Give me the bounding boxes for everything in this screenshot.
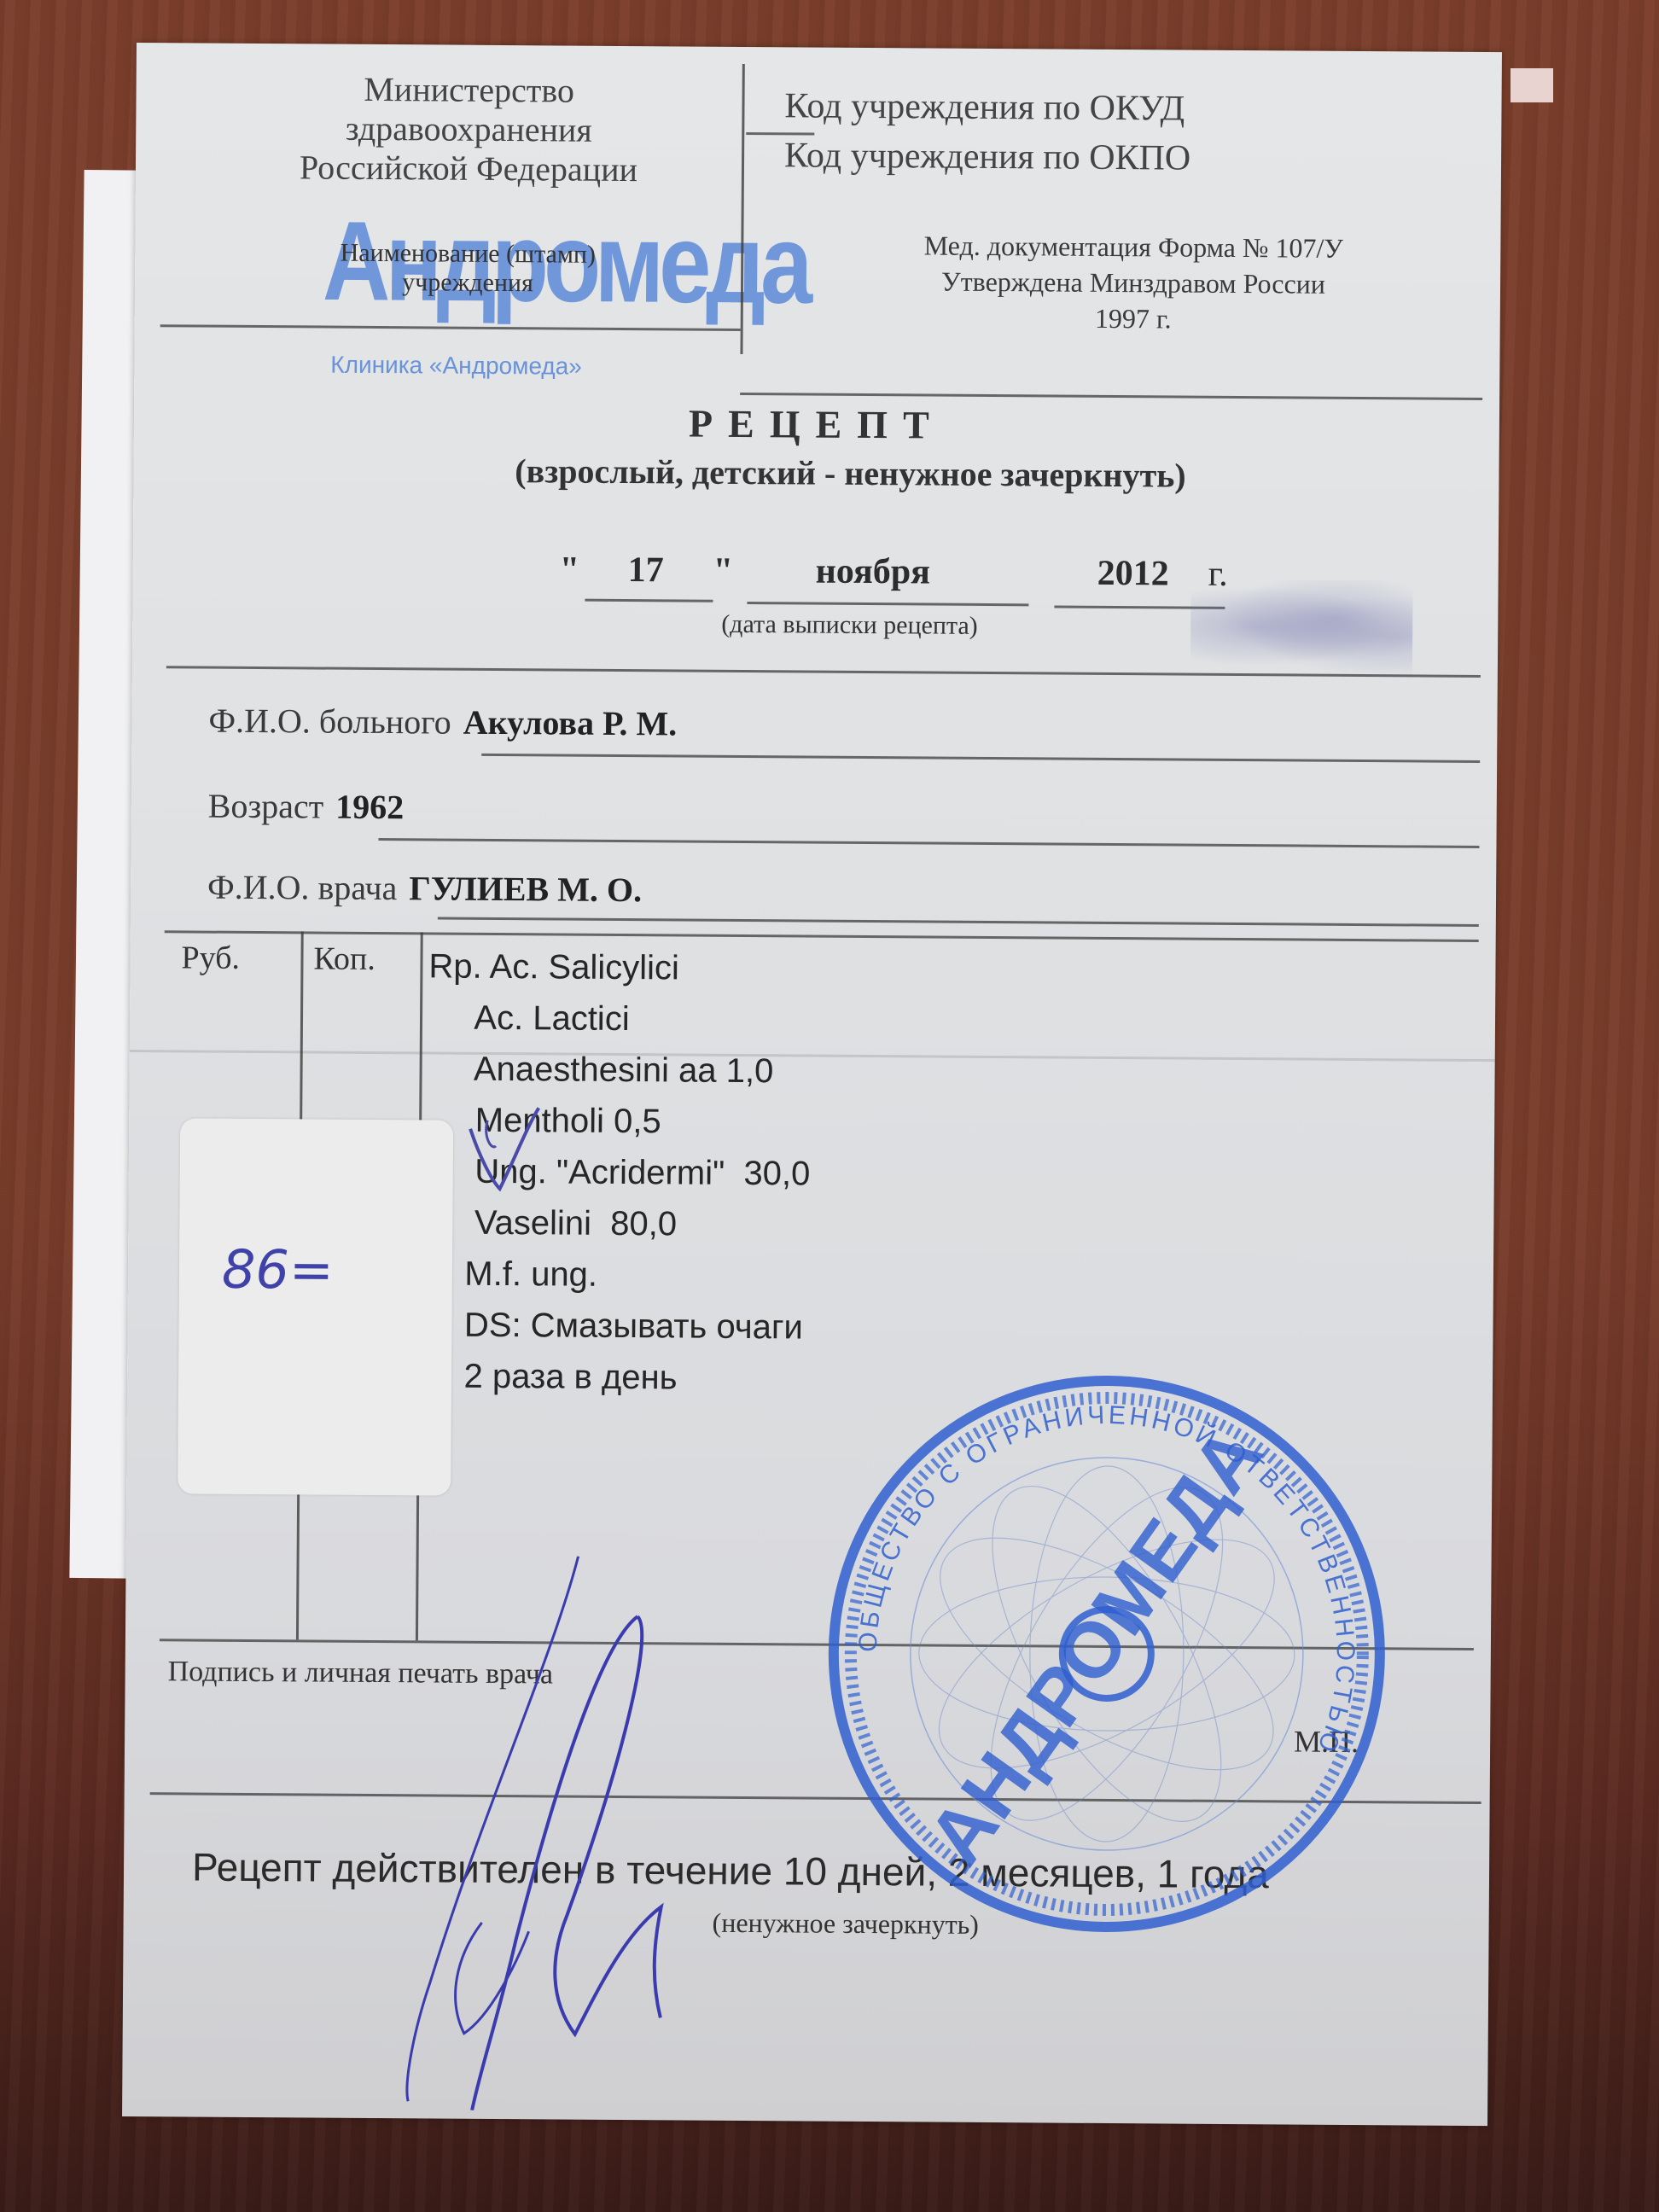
date-caption: (дата выписки рецепта) <box>721 610 978 641</box>
paper-corner <box>1511 68 1553 102</box>
form-year: 1997 г. <box>783 298 1483 339</box>
date-close-quote: " <box>713 550 734 591</box>
patient-name-value: Акулова Р. М. <box>463 703 678 743</box>
age-label: Возраст <box>208 787 324 826</box>
rx-line: Vaselini 80,0 <box>427 1196 810 1250</box>
form-title: РЕЦЕПТ <box>390 399 1243 450</box>
institution-label: Наименование (штамп) учреждения <box>186 237 749 300</box>
doctor-signature <box>378 1555 724 2112</box>
patient-underline <box>481 754 1480 763</box>
age-underline <box>378 838 1479 848</box>
ministry-heading: Министерство здравоохранения Российской … <box>187 68 751 190</box>
form-subtitle: (взрослый, детский - ненужное зачеркнуть… <box>338 450 1362 497</box>
rx-line: Anaesthesini aa 1,0 <box>428 1043 811 1097</box>
institution-label-line: Наименование (штамп) <box>186 237 749 271</box>
date-year: 2012 <box>1097 553 1169 595</box>
round-seal-stamp: ОБЩЕСТВО С ОГРАНИЧЕННОЙ ОТВЕТСТВЕННОСТЬЮ… <box>814 1362 1399 1947</box>
institution-label-line: учреждения <box>186 266 749 300</box>
date-underline <box>747 602 1028 606</box>
patient-name-label: Ф.И.О. больного <box>208 701 451 742</box>
checkmark-icon <box>466 1103 544 1198</box>
rx-line: DS: Смазывать очаги <box>426 1299 809 1353</box>
price-sticker: 86= <box>178 1118 453 1495</box>
code-okud: Код учреждения по ОКУД <box>750 81 1484 136</box>
column-rub: Руб. <box>181 939 240 976</box>
age-value: 1962 <box>335 788 404 827</box>
institution-codes: Код учреждения по ОКУД Код учреждения по… <box>750 81 1485 185</box>
date-day: 17 <box>628 550 664 591</box>
ministry-line: Министерство <box>187 68 750 112</box>
form-info: Мед. документация Форма № 107/У Утвержде… <box>783 226 1484 339</box>
doctor-name-value: ГУЛИЕВ М. О. <box>409 869 642 909</box>
doctor-underline <box>438 917 1479 927</box>
price-handwritten: 86= <box>222 1238 334 1301</box>
rx-line: Ac. Lactici <box>428 992 812 1045</box>
clinic-stamp-subtext: Клиника «Андромеда» <box>330 352 714 381</box>
doctor-name-field: Ф.И.О. врачаГУЛИЕВ М. О. <box>207 867 642 911</box>
fold-crease <box>130 1050 1495 1062</box>
date-underline <box>585 599 713 602</box>
code-okpo: Код учреждения по ОКПО <box>750 131 1484 185</box>
age-field: Возраст1962 <box>208 786 405 828</box>
rx-line: 2 раза в день <box>426 1350 809 1404</box>
rx-line: Rp. Ac. Salicylici <box>428 940 812 994</box>
form-approval: Утверждена Минздравом России <box>783 262 1483 303</box>
ink-smudge <box>1190 579 1413 675</box>
ministry-line: Российской Федерации <box>187 147 750 190</box>
date-month: ноября <box>816 551 931 593</box>
patient-name-field: Ф.И.О. больногоАкулова Р. М. <box>208 701 677 744</box>
divider <box>740 393 1482 400</box>
svg-text:АНДРОМЕДА: АНДРОМЕДА <box>911 1412 1279 1880</box>
ministry-line: здравоохранения <box>187 108 750 151</box>
divider <box>746 132 814 136</box>
doctor-name-label: Ф.И.О. врача <box>207 868 398 908</box>
date-open-quote: " <box>560 549 580 590</box>
form-number: Мед. документация Форма № 107/У <box>783 226 1483 267</box>
prescription-form: Министерство здравоохранения Российской … <box>122 43 1502 2126</box>
column-kop: Коп. <box>313 940 375 978</box>
rx-line: M.f. ung. <box>427 1248 810 1301</box>
